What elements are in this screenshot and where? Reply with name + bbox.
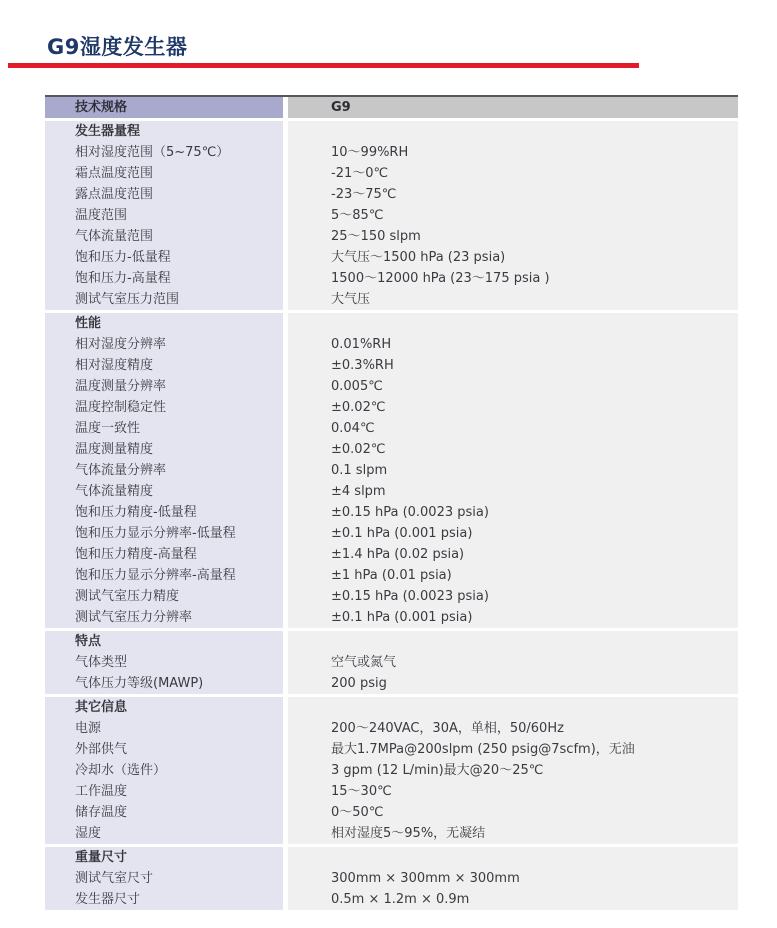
row-label: 储存温度 [45,802,283,823]
table-row: 饱和压力精度-低量程 ±0.15 hPa (0.0023 psia) [45,502,738,523]
row-label: 温度一致性 [45,418,283,439]
row-value: 最大1.7MPa@200slpm (250 psig@7scfm)，无油 [288,739,738,760]
row-value: 0.5m × 1.2m × 0.9m [288,889,738,910]
section-title-value-blank [288,697,738,718]
table-section: 特点 气体类型 空气或氮气 气体压力等级(MAWP) 200 psig [45,631,738,694]
table-row: 温度一致性 0.04℃ [45,418,738,439]
table-row: 工作温度 15～30℃ [45,781,738,802]
section-title-row: 特点 [45,631,738,652]
row-label: 测试气室尺寸 [45,868,283,889]
row-label: 测试气室压力分辨率 [45,607,283,628]
row-value: ±0.15 hPa (0.0023 psia) [288,502,738,523]
row-label: 相对湿度精度 [45,355,283,376]
table-row: 露点温度范围 -23～75℃ [45,184,738,205]
row-label: 冷却水（选件） [45,760,283,781]
table-section: 发生器量程 相对湿度范围（5~75℃） 10～99%RH 霜点温度范围 -21～… [45,121,738,310]
table-row: 温度测量分辨率 0.005℃ [45,376,738,397]
row-value: 5～85℃ [288,205,738,226]
row-label: 电源 [45,718,283,739]
section-title-row: 性能 [45,313,738,334]
row-value: 0～50℃ [288,802,738,823]
table-row: 湿度 相对湿度5～95%，无凝结 [45,823,738,844]
row-value: -23～75℃ [288,184,738,205]
table-row: 气体类型 空气或氮气 [45,652,738,673]
row-value: ±0.1 hPa (0.001 psia) [288,523,738,544]
row-value: 相对湿度5～95%，无凝结 [288,823,738,844]
table-row: 冷却水（选件） 3 gpm (12 L/min)最大@20～25℃ [45,760,738,781]
table-row: 温度控制稳定性 ±0.02℃ [45,397,738,418]
spec-table: 技术规格 G9 发生器量程 相对湿度范围（5~75℃） 10～99%RH 霜点温… [45,95,738,910]
row-value: 1500～12000 hPa (23～175 psia ) [288,268,738,289]
row-value: 200～240VAC，30A，单相，50/60Hz [288,718,738,739]
row-value: 15～30℃ [288,781,738,802]
row-label: 气体流量范围 [45,226,283,247]
row-label: 气体流量精度 [45,481,283,502]
row-label: 饱和压力显示分辨率-低量程 [45,523,283,544]
row-label: 气体流量分辨率 [45,460,283,481]
page-title: G9湿度发生器 [47,31,187,61]
row-value: 10～99%RH [288,142,738,163]
row-value: 0.01%RH [288,334,738,355]
row-value: 0.005℃ [288,376,738,397]
table-row: 温度范围 5～85℃ [45,205,738,226]
row-value: 空气或氮气 [288,652,738,673]
table-row: 饱和压力-高量程 1500～12000 hPa (23～175 psia ) [45,268,738,289]
row-label: 气体类型 [45,652,283,673]
row-value: ±0.1 hPa (0.001 psia) [288,607,738,628]
table-row: 气体流量分辨率 0.1 slpm [45,460,738,481]
row-label: 饱和压力显示分辨率-高量程 [45,565,283,586]
table-header-model-label: G9 [288,97,738,118]
row-value: ±0.02℃ [288,397,738,418]
table-row: 储存温度 0～50℃ [45,802,738,823]
section-title: 特点 [45,631,283,652]
row-label: 饱和压力-高量程 [45,268,283,289]
row-label: 霜点温度范围 [45,163,283,184]
row-value: 大气压 [288,289,738,310]
row-label: 相对湿度范围（5~75℃） [45,142,283,163]
table-row: 饱和压力显示分辨率-低量程 ±0.1 hPa (0.001 psia) [45,523,738,544]
section-title-value-blank [288,121,738,142]
table-row: 饱和压力显示分辨率-高量程 ±1 hPa (0.01 psia) [45,565,738,586]
section-title-value-blank [288,847,738,868]
table-row: 饱和压力精度-高量程 ±1.4 hPa (0.02 psia) [45,544,738,565]
row-value: -21～0℃ [288,163,738,184]
section-title-value-blank [288,313,738,334]
row-label: 工作温度 [45,781,283,802]
table-row: 测试气室压力分辨率 ±0.1 hPa (0.001 psia) [45,607,738,628]
table-section: 重量尺寸 测试气室尺寸 300mm × 300mm × 300mm 发生器尺寸 … [45,847,738,910]
row-label: 温度范围 [45,205,283,226]
row-label: 发生器尺寸 [45,889,283,910]
row-label: 测试气室压力精度 [45,586,283,607]
row-value: ±0.02℃ [288,439,738,460]
section-title: 发生器量程 [45,121,283,142]
table-row: 相对湿度范围（5~75℃） 10～99%RH [45,142,738,163]
section-title: 重量尺寸 [45,847,283,868]
section-title-value-blank [288,631,738,652]
row-label: 饱和压力精度-低量程 [45,502,283,523]
row-value: ±1.4 hPa (0.02 psia) [288,544,738,565]
row-label: 测试气室压力范围 [45,289,283,310]
row-label: 外部供气 [45,739,283,760]
table-header-spec-label: 技术规格 [45,97,283,118]
row-value: 300mm × 300mm × 300mm [288,868,738,889]
row-label: 温度测量精度 [45,439,283,460]
row-value: ±4 slpm [288,481,738,502]
row-label: 温度控制稳定性 [45,397,283,418]
row-label: 温度测量分辨率 [45,376,283,397]
row-label: 相对湿度分辨率 [45,334,283,355]
row-value: 大气压～1500 hPa (23 psia) [288,247,738,268]
table-row: 饱和压力-低量程 大气压～1500 hPa (23 psia) [45,247,738,268]
table-header-row: 技术规格 G9 [45,97,738,118]
table-row: 电源 200～240VAC，30A，单相，50/60Hz [45,718,738,739]
table-section: 性能 相对湿度分辨率 0.01%RH 相对湿度精度 ±0.3%RH 温度测量分辨… [45,313,738,628]
title-underline-rule [8,63,639,68]
table-row: 气体流量范围 25～150 slpm [45,226,738,247]
section-title-row: 其它信息 [45,697,738,718]
table-body: 发生器量程 相对湿度范围（5~75℃） 10～99%RH 霜点温度范围 -21～… [45,121,738,910]
row-value: ±0.15 hPa (0.0023 psia) [288,586,738,607]
table-row: 霜点温度范围 -21～0℃ [45,163,738,184]
row-value: 25～150 slpm [288,226,738,247]
section-title: 性能 [45,313,283,334]
row-value: 3 gpm (12 L/min)最大@20～25℃ [288,760,738,781]
table-row: 测试气室压力范围 大气压 [45,289,738,310]
table-row: 发生器尺寸 0.5m × 1.2m × 0.9m [45,889,738,910]
table-row: 相对湿度分辨率 0.01%RH [45,334,738,355]
table-row: 外部供气 最大1.7MPa@200slpm (250 psig@7scfm)，无… [45,739,738,760]
table-row: 气体压力等级(MAWP) 200 psig [45,673,738,694]
table-row: 测试气室尺寸 300mm × 300mm × 300mm [45,868,738,889]
row-value: ±1 hPa (0.01 psia) [288,565,738,586]
row-value: 200 psig [288,673,738,694]
row-label: 饱和压力-低量程 [45,247,283,268]
row-value: 0.1 slpm [288,460,738,481]
section-title-row: 重量尺寸 [45,847,738,868]
table-section: 其它信息 电源 200～240VAC，30A，单相，50/60Hz 外部供气 最… [45,697,738,844]
section-title-row: 发生器量程 [45,121,738,142]
row-label: 饱和压力精度-高量程 [45,544,283,565]
table-row: 温度测量精度 ±0.02℃ [45,439,738,460]
row-value: 0.04℃ [288,418,738,439]
table-row: 气体流量精度 ±4 slpm [45,481,738,502]
row-label: 露点温度范围 [45,184,283,205]
table-row: 测试气室压力精度 ±0.15 hPa (0.0023 psia) [45,586,738,607]
row-label: 湿度 [45,823,283,844]
table-row: 相对湿度精度 ±0.3%RH [45,355,738,376]
section-title: 其它信息 [45,697,283,718]
row-label: 气体压力等级(MAWP) [45,673,283,694]
row-value: ±0.3%RH [288,355,738,376]
